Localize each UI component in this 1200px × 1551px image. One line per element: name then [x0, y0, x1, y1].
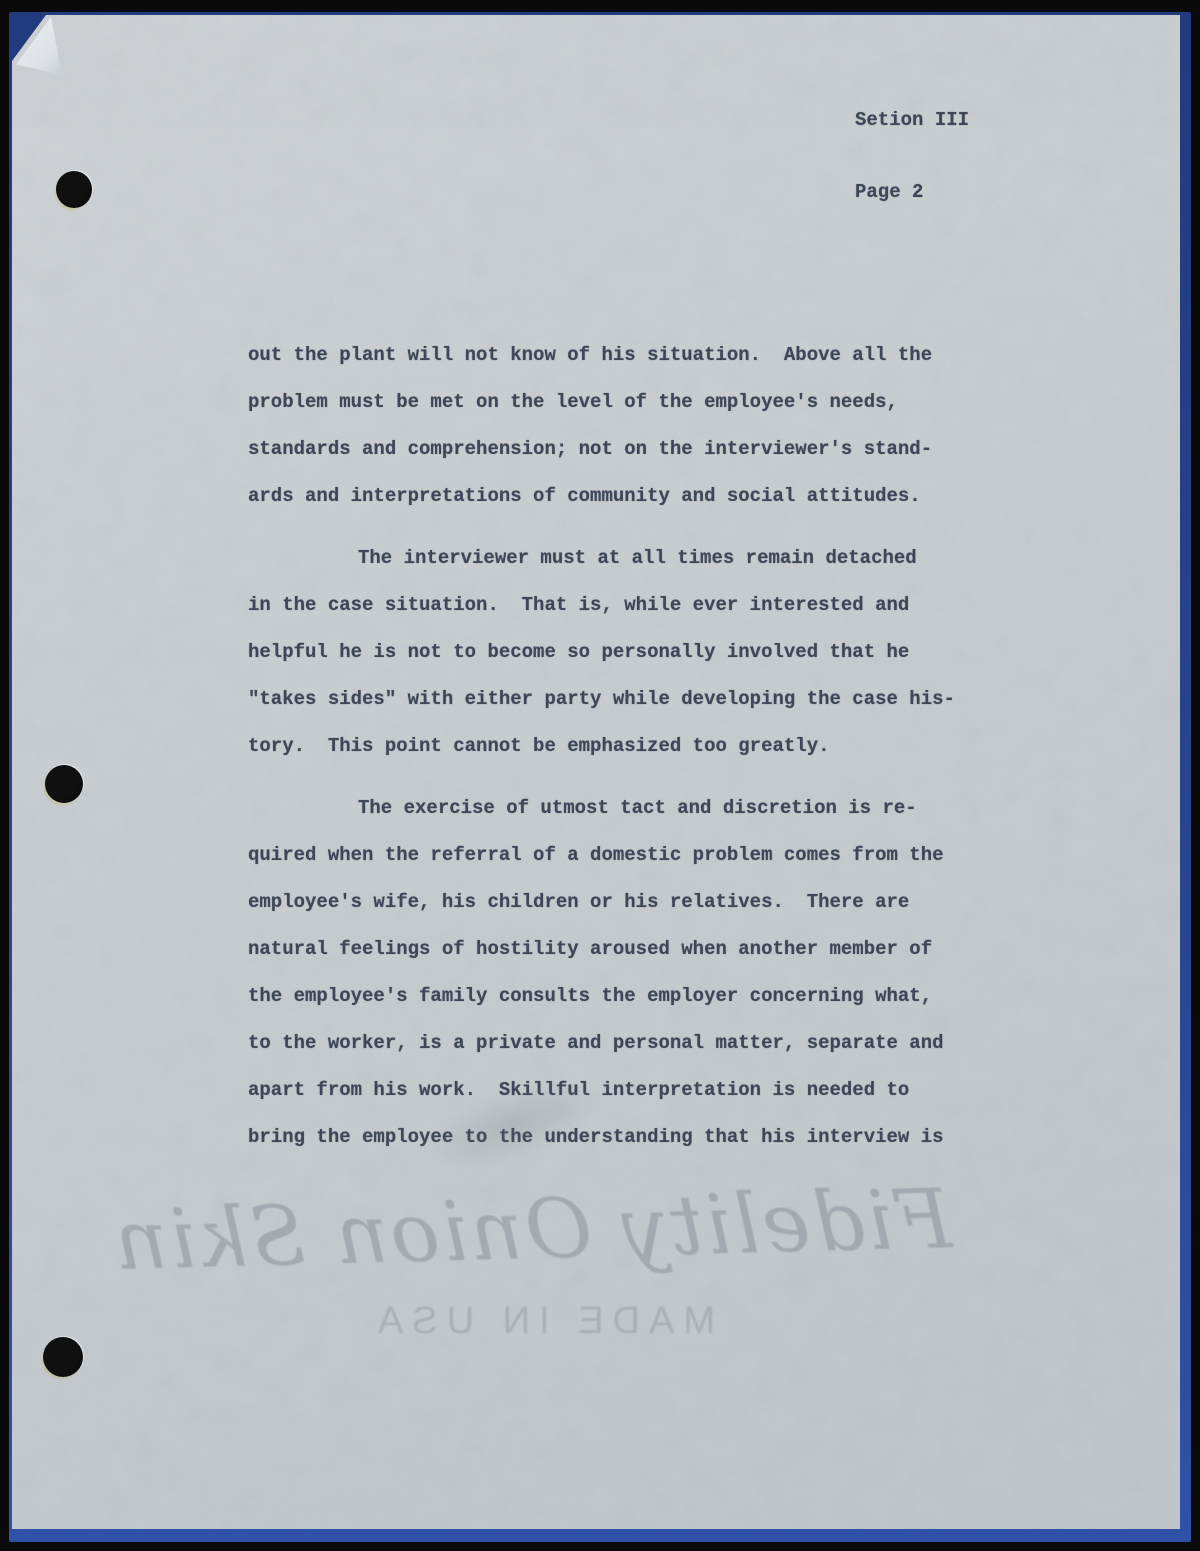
scan-background: { "header": { "section": "Setion III", "…: [0, 0, 1200, 1551]
punch-hole-middle: [45, 765, 83, 803]
text-line: ards and interpretations of community an…: [248, 473, 955, 520]
text-line: the employee's family consults the emplo…: [248, 973, 955, 1020]
page-number-label: Page 2: [855, 178, 969, 206]
page-header: Setion III Page 2: [855, 62, 969, 250]
text-line: problem must be met on the level of the …: [248, 379, 955, 426]
text-line: quired when the referral of a domestic p…: [248, 832, 955, 879]
watermark-brand-script: Fidelity Onion Skin: [121, 1172, 953, 1289]
document-body: out the plant will not know of his situa…: [248, 332, 955, 1161]
text-line: The exercise of utmost tact and discreti…: [248, 785, 955, 832]
text-line: employee's wife, his children or his rel…: [248, 879, 955, 926]
text-line: in the case situation. That is, while ev…: [248, 582, 955, 629]
punch-hole-top: [56, 171, 92, 208]
text-line: standards and comprehension; not on the …: [248, 426, 955, 473]
paragraph: out the plant will not know of his situa…: [248, 332, 955, 520]
text-line: natural feelings of hostility aroused wh…: [248, 926, 955, 973]
text-line: "takes sides" with either party while de…: [248, 676, 955, 723]
punch-hole-bottom: [43, 1337, 83, 1377]
text-line: The interviewer must at all times remain…: [248, 535, 955, 582]
paragraph: The interviewer must at all times remain…: [248, 535, 955, 770]
text-line: helpful he is not to become so personall…: [248, 629, 955, 676]
text-line: tory. This point cannot be emphasized to…: [248, 723, 955, 770]
text-line: to the worker, is a private and personal…: [248, 1020, 955, 1067]
scanned-document-page: Setion III Page 2 out the plant will not…: [0, 0, 1200, 1551]
paper-sheet: Setion III Page 2 out the plant will not…: [12, 15, 1180, 1529]
watermark-made-in-usa: MADE IN USA: [342, 1300, 742, 1343]
section-label: Setion III: [855, 106, 969, 134]
text-line: out the plant will not know of his situa…: [248, 332, 955, 379]
